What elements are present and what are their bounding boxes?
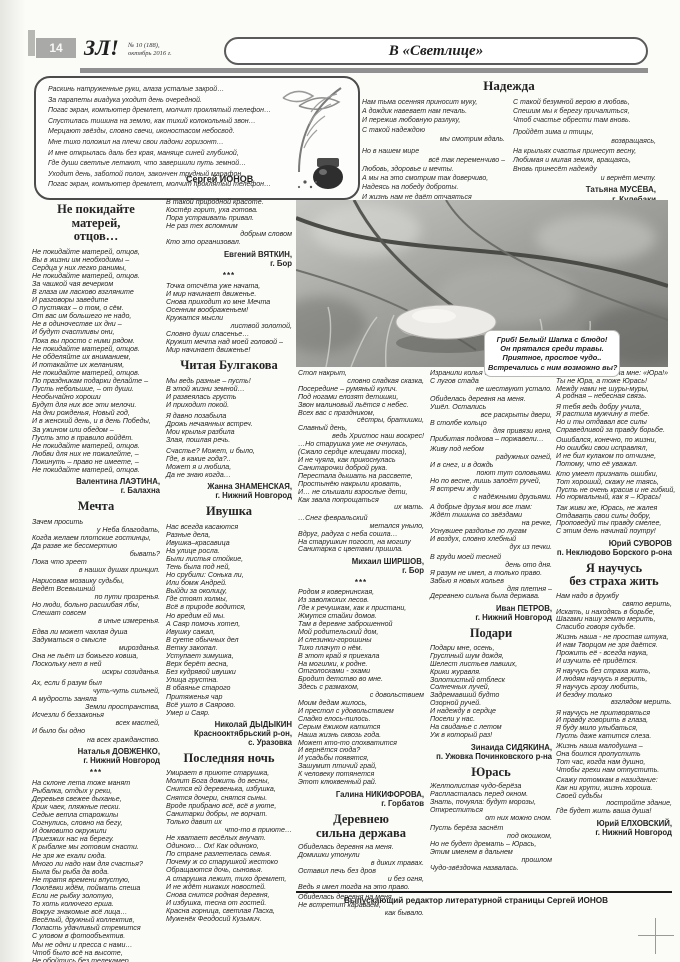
poem-line: Умер и Саяр. [166, 709, 292, 717]
poem-line: За чашкой чая вечерком [32, 280, 160, 288]
poem-title: Деревнеюсильна держава [298, 813, 424, 840]
poem-line: Где будет жить ваша душа! [556, 808, 672, 816]
lead-poem-line: За парапеты виадука уходит день очередно… [48, 96, 284, 107]
poem-line: Любовь, здоровье и мечты. [362, 165, 505, 174]
nadezhda-columns: Нам тьма осенняя приносит муку,А дождик … [362, 98, 656, 204]
poem-line: Будут для них все эти мелочи. [32, 401, 160, 409]
poem-line: И было бы одно [32, 727, 160, 735]
lead-poem-line: Погас экран, компьютер дремлет, молчит п… [48, 106, 284, 117]
poem-line: Вновь принесёт надежду [513, 165, 656, 174]
poem-line: Кружит мечта над моей головой – [166, 338, 292, 346]
poem-line: А родная – небесная связь. [556, 393, 672, 401]
poem-line: по пути прозренья. [32, 593, 160, 601]
poem-line: Пусть небольшие, – от души. [32, 385, 160, 393]
poem-line: Не обделяйте их вниманием, [32, 353, 160, 361]
poem-line: чуть-чуть сильней, [32, 687, 160, 695]
stanza-separator: *** [32, 768, 160, 778]
poem-line: Приезжих нас на берегу. [32, 835, 160, 843]
issue-date: октябрь 2016 г. [128, 50, 172, 58]
poem-line: А мы на это смотрим так доверчиво, [362, 174, 505, 183]
poem-line: Исчезли б беззаконья [32, 711, 160, 719]
poem-title: Юрась [430, 766, 552, 780]
poem-line: Задуматься о смысле [32, 636, 160, 644]
poem-line: С уловом в фотообъектив. [32, 932, 160, 940]
poem-line: Но вредим ей мы. [166, 612, 292, 620]
caption-line: Он прятался среди травы. [488, 344, 616, 353]
poem-line: Только давит их [166, 818, 292, 826]
footer-rule [296, 891, 672, 893]
photo-caption: Гриб! Белый! Шапка с блюдо!Он прятался с… [484, 330, 620, 377]
lead-poem-box: Раскинь натруженные руки, алаза усталые … [34, 76, 360, 200]
poem-title: Подари [430, 627, 552, 641]
poem-title: Я научусьбез страха жить [556, 562, 672, 589]
poem-line: Пройдёт зима и птицы, [513, 128, 656, 137]
author-signature: Галина НИКИФОРОВА,г. Горбатов [298, 790, 424, 808]
quill-inkwell-icon [269, 82, 355, 192]
poem-line: Где, в какие года?.. [166, 455, 292, 463]
poem-line: Справедливой за правду борьбе. [556, 427, 672, 435]
poem-line: С такой надеждою [362, 126, 505, 135]
poem-line: Если не рыбку золотую, [32, 892, 160, 900]
lead-poem-line: Раскинь натруженные руки, алаза усталые … [48, 85, 284, 96]
mushroom-photo: Гриб! Белый! Шапка с блюдо!Он прятался с… [296, 200, 668, 367]
page-number: 14 [36, 38, 76, 58]
poem-line: Притяженья чар [166, 693, 292, 701]
poem-line: С этим день начинай поутру! [556, 528, 672, 536]
poem-line: И пережив любовную разлуку, [362, 116, 505, 125]
poem-line: у Неба благодать, [32, 526, 160, 534]
poem-line: Где стоят холмы, [166, 595, 292, 603]
poem-line: Крик чаек, пляжные пески. [32, 803, 160, 811]
poem-line: С такой безумной верою в любовь, [513, 98, 656, 107]
poem-line: Чтобы грехи нам отпустить. [556, 767, 672, 775]
poem-line: В обаянье старого [166, 684, 292, 692]
poem-line: Необычайно хороши [32, 393, 160, 401]
caption-line: Встречались с ним возможно вы? [488, 363, 616, 372]
newspaper-page: 14 ЗЛ! № 10 (188), октябрь 2016 г. В «Св… [0, 0, 680, 962]
poem-title: Читая Булгакова [166, 359, 292, 373]
poem-line: Или бомж Андрей. [166, 579, 292, 587]
poem-line: Пусть даже катится слеза. [556, 733, 672, 741]
poem-line: Не раз тех вспомним [166, 222, 292, 230]
poem-line: Ивушка–красавица [166, 539, 292, 547]
poem-line: бывать? [32, 550, 160, 558]
poem-line: К рыбалке мы готовим снасти. [32, 843, 160, 851]
poem-line: Ивушку сажал, [166, 628, 292, 636]
poem-line: мирозданья. [32, 644, 160, 652]
author-signature: Юрий СУВОРОВп. Неклюдово Борского р-она [556, 539, 672, 557]
poem-line: Костёр горит, уха готова. [166, 206, 292, 214]
poem-line: Молит Бога дожить до весны, [166, 777, 292, 785]
poem-line: Мои крылья разбила [166, 428, 292, 436]
masthead-logo: ЗЛ! [84, 36, 119, 60]
poem-line: Зачем просить [32, 518, 160, 526]
poem-line: Вы в жизни им необходимы – [32, 256, 160, 264]
poem-line: Всё в природе водится, [166, 603, 292, 611]
poem-line: Не в одиночестве их дни – [32, 320, 160, 328]
poem-column-5: Назвалась и сказала мне: «Юра!»Ты не Юра… [556, 370, 672, 840]
poem-line: Чудо-звёздочка назвалась. [430, 865, 552, 873]
poem-line: Ветку закопал. [166, 644, 292, 652]
footer-editor-line: Выпускающий редактор литературной страни… [296, 896, 656, 906]
section-title: В «Светлице» [224, 37, 648, 65]
poem-line: Ведёт Всевышний [32, 585, 160, 593]
poem-line: На склоне лета тоже манят [32, 779, 160, 787]
poem-line: Согнулись, словно на бегу, [32, 819, 160, 827]
poem-line: Чтоб счастье обрести там вновь. [513, 116, 656, 125]
poem-line: Не покидайте матерей, отцов. [32, 442, 160, 450]
poem-line: Были листья стойкие, [166, 555, 292, 563]
scan-edge-mark [28, 30, 35, 56]
poem-line: Санитарка с цветами пришла. [298, 546, 424, 554]
poem-line: И приходит покой. [166, 401, 292, 409]
scan-edge-shade [0, 0, 26, 962]
poem-line: Деревьев свежее дыханье, [32, 795, 160, 803]
poem-line: Надеясь на победу доброты. [362, 183, 505, 192]
poem-line: Разные дела, [166, 531, 292, 539]
stanza-separator: *** [166, 271, 292, 281]
poem-line: И потакайте их желаниям, [32, 361, 160, 369]
poem-line: Не покидайте матерей, отцов, [32, 248, 160, 256]
poem-title: Ивушка [166, 505, 292, 519]
poem-line: Снова снится родная деревня, [166, 891, 292, 899]
poem-line: А Саяр помочь хотел, [166, 620, 292, 628]
poem-line: И изучить её придётся. [556, 658, 672, 666]
poem-column-2: В такой природной красоте.Костёр горит, … [166, 198, 292, 923]
poem-line: Кто это организовал. [166, 238, 292, 246]
author-signature: Иван ПЕТРОВ,г. Нижний Новгород [430, 604, 552, 622]
stanza-separator: *** [298, 578, 424, 588]
poem-line: Да не знаю когда… [166, 471, 292, 479]
poem-line: дух из печки. [430, 544, 552, 552]
poem-line: всё так переменчиво – [362, 156, 505, 165]
poem-line: взглядом мерить. [556, 699, 672, 707]
poem-line: Много ли надо нам для счастья? [32, 860, 160, 868]
poem-line: Муженёк Феодосий Кузьмич. [166, 915, 292, 923]
poem-title: Не покидайте матерей,отцов… [32, 203, 160, 244]
poem-line: На дни рожденья, Новый год, [32, 409, 160, 417]
poem-line: Но люди, больно расшибая лбы, [32, 601, 160, 609]
poem-line: Спешат совсем [32, 609, 160, 617]
poem-line: Словно души спасенье… [166, 330, 292, 338]
nadezhda-left-column: Нам тьма осенняя приносит муку,А дождик … [362, 98, 505, 204]
poem-line: Может я и любила, [166, 463, 292, 471]
poem-line: возвращаясь, [513, 137, 656, 146]
poem-line: Деревнею сильна была держава. [430, 593, 552, 601]
poem-line: И избушка, тесна от гостей. [166, 899, 292, 907]
poem-line: Не покидайте матерей, отцов. [32, 272, 160, 280]
poem-line: Пока вы просто с ними рядом. [32, 337, 160, 345]
poem-line: от них можно сном. [430, 815, 552, 823]
poem-line: Снится ей деревенька, избушка, [166, 785, 292, 793]
poem-line: Сердца у них легко ранимы, [32, 264, 160, 272]
caption-line: Гриб! Белый! Шапка с блюдо! [488, 335, 616, 344]
author-signature: Зинаида СИДЯКИНА,п. Ужовка Починковского… [430, 743, 552, 761]
poem-line: И домовито окружили [32, 827, 160, 835]
poem-line: Спасибо говоря судьбе. [556, 624, 672, 632]
poem-line: Дрожь нечаянных встреч. [166, 420, 292, 428]
poem-line: Но срубили: Сонька ли, [166, 571, 292, 579]
poem-line: Пора устраивать привал. [166, 214, 292, 222]
author-signature: Валентина ЛАЭТИНА,г. Балахна [32, 477, 160, 495]
poem-line: И мир начинает движенье. [166, 290, 292, 298]
poem-line: Она не пьёт из божьего ковша, [32, 652, 160, 660]
poem-line: как бывало. [298, 910, 424, 918]
poem-line: Потому, что её уважал. [556, 461, 672, 469]
poem-line: Почему ж со старушкой жестоко [166, 858, 292, 866]
poem-line: Уступает зимушка, [166, 652, 292, 660]
poem-line: Прибитая подкова – поржавели… [430, 436, 552, 444]
poem-line: В глаза им ласково взгляните [32, 288, 160, 296]
author-signature: Наталья ДОВЖЕНКО,г. Нижний Новгород [32, 747, 160, 765]
poem-line: Кружатся мысли [166, 314, 292, 322]
poem-line: Не покидайте матерей, отцов. [32, 466, 160, 474]
poem-line: Не зря же ехали сюда. [32, 852, 160, 860]
poem-line: На улице росла. [166, 547, 292, 555]
caption-line: Приятное, простое чудо.. [488, 353, 616, 362]
poem-line: Покинуть – право не имеете, – [32, 458, 160, 466]
poem-line: Злая, пошлая речь. [166, 436, 292, 444]
poem-line: Была бы рыба да вода. [32, 868, 160, 876]
poem-line: И развеялась грусть [166, 393, 292, 401]
poem-line: По праздникам подарки делайте – [32, 377, 160, 385]
poem-line: Весёлый, дружный коллектив, [32, 916, 160, 924]
poem-line: Любимая и милая земля, вращаясь, [513, 156, 656, 165]
poem-line: что-то в приюте… [166, 826, 292, 834]
poem-line: А дождик навевает нам печаль. [362, 107, 505, 116]
poem-line: и вернёт мечту. [513, 174, 656, 183]
issue-info: № 10 (188), октябрь 2016 г. [128, 42, 172, 57]
poem-line: Мы ведь разные – пусть! [166, 377, 292, 385]
poem-line: Ах, если б разум был [32, 679, 160, 687]
poem-line: Счастье? Может, и было, [166, 447, 292, 455]
lead-poem-line: И мне открылась даль без края, маняще си… [48, 149, 284, 160]
poem-line: Осенним воображеньем! [166, 306, 292, 314]
poem-line: Да разве же бессмертию [32, 542, 160, 550]
poem-line: По стране разлетелась семья. [166, 850, 292, 858]
poem-line: Поклёвки ждём, поймать спеша [32, 884, 160, 892]
poem-line: Не хватает весёлых внучат. [166, 834, 292, 842]
poem-line: Точка отсчёта уже начата, [166, 282, 292, 290]
poem-line: Без кудрявой ивушки [166, 668, 292, 676]
poem-line: Попасть удачливый стремится [32, 924, 160, 932]
poem-line: Умирает в приюте старушка, [166, 769, 292, 777]
poem-line: Не обойтись без телекамер [32, 957, 160, 962]
crop-mark [638, 918, 674, 954]
poem-line: Но нормальный, как я – Юрась! [556, 494, 672, 502]
poem-line: Верх берёт весна, [166, 660, 292, 668]
poem-line: От вас им большего не надо, [32, 312, 160, 320]
poem-line: добрым словом [166, 230, 292, 238]
poem-line: Спешим мы к берегу причалиться, [513, 107, 656, 116]
poem-line: Не тратя времени впустую, [32, 876, 160, 884]
poem-line: Поскольку нет в ней [32, 660, 160, 668]
poem-line: Седые ветла старожилы [32, 811, 160, 819]
header-rule [80, 68, 648, 73]
poem-line: с надёжными друзьями. [430, 494, 552, 502]
poem-line: Снова приходит ко мне Мечта [166, 298, 292, 306]
poem-line: Улица грустна. [166, 676, 292, 684]
poem-line: На крыльях счастья принесут весну, [513, 147, 656, 156]
author-signature: Юрий ЕЛХОВСКИЙ,г. Нижний Новгород [556, 819, 672, 837]
poem-line: Любви для них не пожалейте, – [32, 450, 160, 458]
poem-line: Мир начинает движенье! [166, 346, 292, 354]
author-signature: Николай ДЫДЫКИНКраснооктябрьский р-он,с.… [166, 720, 292, 747]
poem-title: Мечта [32, 500, 160, 514]
issue-number: № 10 (188), [128, 42, 172, 50]
nadezhda-section: Надежда Нам тьма осенняя приносит муку,А… [362, 78, 656, 204]
poem-line: Выйди за околицу, [166, 587, 292, 595]
poem-line: в иные измеренья. [32, 617, 160, 625]
poem-line: Нарисовав мозаику судьбы, [32, 577, 160, 585]
poem-line: Этот клюквенный рай. [298, 779, 424, 787]
poem-line: За ужином или обедом – [32, 426, 160, 434]
poem-line: Но в нашем мире [362, 147, 505, 156]
poem-line: Едва ли может чахлая душа [32, 628, 160, 636]
poem-title: Надежда [362, 78, 656, 93]
poem-line: А мудрость заняла [32, 695, 160, 703]
poem-line: Я давно позабыла [166, 412, 292, 420]
poem-line: Снятся дочери, снятся сыны. [166, 794, 292, 802]
poem-line: Вроде прибрано всё, всё в уюте, [166, 802, 292, 810]
poem-line: В суете обычных дел [166, 636, 292, 644]
author-signature: Жанна ЗНАМЕНСКАЯ,г. Нижний Новгород [166, 482, 292, 500]
poem-line: Тень была под ней, [166, 563, 292, 571]
lead-poem-author: Сергей ИОНОВ [186, 174, 253, 184]
poem-line: Всё ушло в Саярово. [166, 701, 292, 709]
poem-column-4: Изранили колья старого плетня,С лугов ст… [430, 370, 552, 873]
poem-line: Чтоб было всё на высоте, [32, 949, 160, 957]
poem-column-3: Стол накрыт,словно сладкая сказка,Посере… [298, 370, 424, 918]
poem-line: их мать. [298, 504, 424, 512]
poem-line: Одиноко… Ох! Как одиноко, [166, 842, 292, 850]
poem-line: И в женский день, и в день Победы, [32, 417, 160, 425]
poem-line: листвой золотой, [166, 322, 292, 330]
poem-title: Последняя ночь [166, 752, 292, 766]
poem-line: Красна горница, светлая Пасха, [166, 907, 292, 915]
author-signature: Евгений ВЯТКИН,г. Бор [166, 250, 292, 268]
poem-line: Нас всегда касаются [166, 523, 292, 531]
poem-line: Нам тьма осенняя приносит муку, [362, 98, 505, 107]
poem-line: всех мастей, [32, 719, 160, 727]
poem-line: Уж в который раз! [430, 732, 552, 740]
poem-line: мы смотрим вдаль. [362, 135, 505, 144]
poem-line: не шествуют устало. [430, 386, 552, 394]
poem-line: Санитарки добры, не ворчат. [166, 810, 292, 818]
poem-line: Не покидайте матерей, отцов. [32, 369, 160, 377]
poem-line: В этой жизни земной… [166, 385, 292, 393]
poem-line: в наших душах принцип. [32, 566, 160, 574]
poem-line: А старушка лежит, тихо дремлет, [166, 875, 292, 883]
nadezhda-right-column: С такой безумной верою в любовь,Спешим м… [513, 98, 656, 204]
poem-line: Пусть это в правило войдёт. [32, 434, 160, 442]
poem-line: Не покидайте матерей, отцов. [32, 345, 160, 353]
poem-line: Земли пространства, [32, 703, 160, 711]
author-signature: Михаил ШИРШОВ,г. Бор [298, 557, 424, 575]
poem-line: на всех гражданство. [32, 736, 160, 744]
poem-line: Вокруг знакомые всё лица… [32, 908, 160, 916]
poem-line: И не ждёт никаких новостей. [166, 883, 292, 891]
lead-poem-line: Где души светлые летают, что завершили п… [48, 159, 284, 170]
poem-line: Рыбалка, отдых у реки, [32, 787, 160, 795]
poem-line: О пустяках – о том, о сём. [32, 304, 160, 312]
poem-column-1: Не покидайте матерей,отцов…Не покидайте … [32, 198, 160, 962]
poem-line: Обращаются дочь, сыновья. [166, 866, 292, 874]
poem-line: искры созиданья. [32, 668, 160, 676]
poem-line: В такой природной красоте. [166, 198, 292, 206]
poem-line: Когда желаем плотские гостинцы, [32, 534, 160, 542]
poem-line: И будут счастливы они, [32, 328, 160, 336]
poem-line: То хоть колючего ерша. [32, 900, 160, 908]
poem-line: Пока что зреет [32, 558, 160, 566]
poem-line: И разговоры заведите [32, 296, 160, 304]
poem-line: Мы не одни и пресса с нами… [32, 941, 160, 949]
lead-poem-line: Мерцают звёзды, словно свечи, иконостасо… [48, 127, 284, 138]
lead-poem-line: Мне тихо положил на плечи свои ладони го… [48, 138, 284, 149]
lead-poem-line: Спустилась тишина на землю, как тихий ко… [48, 117, 284, 128]
